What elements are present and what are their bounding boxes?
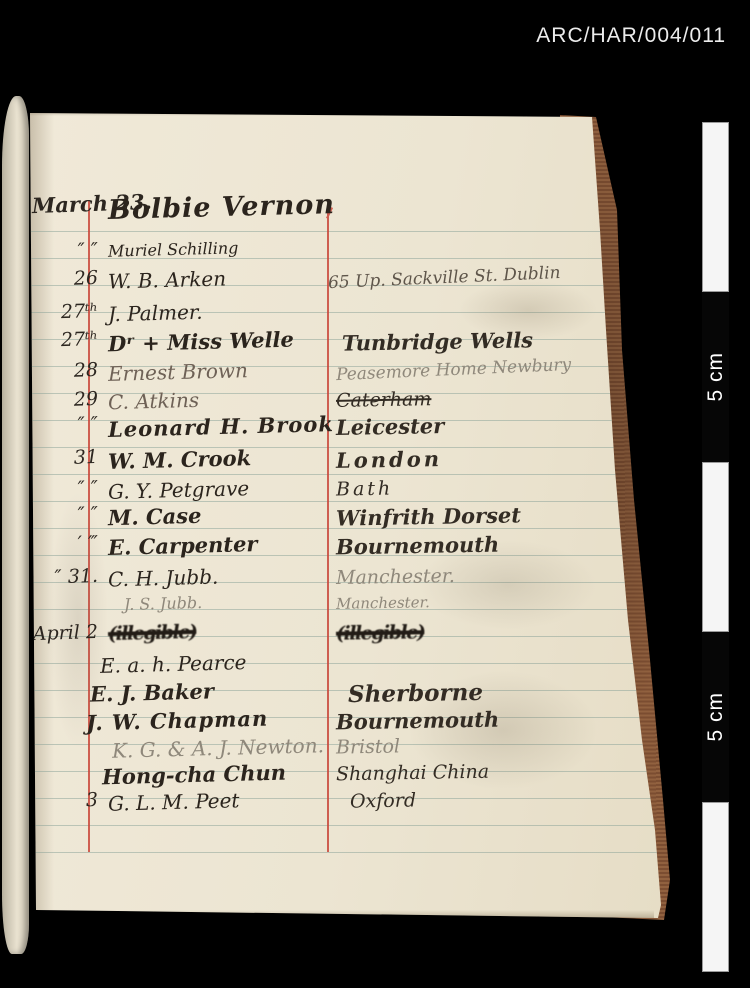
entry-address: Caterham xyxy=(336,388,432,412)
entry-address: Leicester xyxy=(336,413,445,440)
register-row: 27ᵗʰ Dʳ + Miss Welle Tunbridge Wells xyxy=(28,329,638,359)
ledger-page: March 23. Bolbie Vernon ″ ″ Muriel Schil… xyxy=(28,110,664,922)
entry-date xyxy=(32,679,98,681)
entry-name: W. M. Crook xyxy=(108,445,252,474)
previous-page-sliver xyxy=(2,96,29,954)
entry-date: 31 xyxy=(32,446,99,470)
entry-date: 26 xyxy=(32,267,99,291)
scale-segment-black: 5 cm xyxy=(702,632,729,802)
register-row: E. a. h. Pearce xyxy=(28,652,638,682)
entry-date xyxy=(32,651,98,653)
register-row: 3 G. L. M. Peet Oxford xyxy=(28,790,638,820)
entry-date xyxy=(32,735,98,737)
register-row: J. S. Jubb. Manchester. xyxy=(28,594,638,624)
entry-name: G. L. M. Peet xyxy=(108,788,240,815)
entry-date: ′ ‴ xyxy=(32,532,99,556)
entry-address: Manchester. xyxy=(336,593,430,613)
entry-address: London xyxy=(336,446,442,473)
register-row: 28 Ernest Brown Peasemore Home Newbury xyxy=(28,360,638,390)
entry-date: 29 xyxy=(32,388,99,412)
entry-name: J. S. Jubb. xyxy=(124,593,203,614)
entry-address: Manchester. xyxy=(336,565,455,589)
register-row: E. J. Baker Sherborne xyxy=(28,680,638,710)
entry-name: Muriel Schilling xyxy=(108,238,239,260)
entry-name: E. J. Baker xyxy=(90,678,215,706)
entry-date xyxy=(32,707,98,709)
entry-date xyxy=(32,593,98,595)
entry-address: 65 Up. Sackville St. Dublin xyxy=(328,263,561,293)
entry-address: Sherborne xyxy=(348,679,483,708)
entry-name: K. G. & A. J. Newton. xyxy=(112,733,324,763)
entry-date: ″ ″ xyxy=(32,477,99,501)
entry-address: Shanghai China xyxy=(336,761,489,786)
entry-date: 3 xyxy=(32,789,99,813)
entry-name: E. Carpenter xyxy=(108,531,258,560)
entry-date: ″ ″ xyxy=(32,413,99,437)
entry-date xyxy=(32,761,98,763)
entry-date: March 23. xyxy=(32,191,99,218)
entry-address: Tunbridge Wells xyxy=(342,327,533,355)
page-bottom-edge xyxy=(34,910,654,918)
archive-reference: ARC/HAR/004/011 xyxy=(536,24,726,48)
photo-background: ARC/HAR/004/011 March 23. Bolbie Vernon … xyxy=(0,0,750,988)
entry-name: Bolbie Vernon xyxy=(108,189,336,226)
entry-address: Bournemouth xyxy=(336,532,500,560)
scale-segment-white xyxy=(702,462,729,632)
entry-address: Winfrith Dorset xyxy=(336,502,521,530)
register-row: ″ 31. C. H. Jubb. Manchester. xyxy=(28,566,638,596)
entry-date: ″ ″ xyxy=(32,503,99,527)
entry-name: J. Palmer. xyxy=(108,300,203,326)
entry-name: C. H. Jubb. xyxy=(108,565,219,592)
entry-address: Bath xyxy=(336,478,394,501)
entry-name: E. a. h. Pearce xyxy=(100,650,247,678)
register-row: ″ ″ Leonard H. Brook Leicester xyxy=(28,414,638,444)
register-row: J. W. Chapman Bournemouth xyxy=(28,708,638,738)
register-row: 31 W. M. Crook London xyxy=(28,447,638,477)
scale-bar: 5 cm 5 cm xyxy=(702,122,729,972)
entry-address: Bournemouth xyxy=(336,707,500,735)
register-row: March 23. Bolbie Vernon xyxy=(28,192,638,222)
scale-label: 5 cm xyxy=(704,692,728,742)
scale-segment-black: 5 cm xyxy=(702,292,729,462)
entry-date: ″ 31. xyxy=(32,565,99,589)
register-row: 27ᵗʰ J. Palmer. xyxy=(28,301,638,331)
entry-date: 28 xyxy=(32,359,99,383)
register-row: ″ ″ M. Case Winfrith Dorset xyxy=(28,504,638,534)
entry-name: J. W. Chapman xyxy=(86,706,269,736)
entry-name: M. Case xyxy=(108,503,202,530)
entry-name: W. B. Arken xyxy=(108,266,227,293)
entry-name: Hong-cha Chun xyxy=(102,760,287,790)
entry-name: Leonard H. Brook xyxy=(108,411,334,442)
scale-segment-white xyxy=(702,802,729,972)
register-row: Hong-cha Chun Shanghai China xyxy=(28,762,638,792)
entry-name: (illegible) xyxy=(108,621,197,645)
entry-date: ″ ″ xyxy=(32,239,99,263)
entry-name: C. Atkins xyxy=(108,388,200,414)
entry-date: 27ᵗʰ xyxy=(32,300,99,324)
register-row: 26 W. B. Arken 65 Up. Sackville St. Dubl… xyxy=(28,268,638,298)
entry-date: 27ᵗʰ xyxy=(32,328,99,352)
register-row: April 2 (illegible) (illegible) xyxy=(28,622,638,652)
entry-date: April 2 xyxy=(32,621,99,645)
entry-address: Peasemore Home Newbury xyxy=(336,355,572,385)
entry-name: Dʳ + Miss Welle xyxy=(108,327,294,357)
scale-label: 5 cm xyxy=(704,352,728,402)
page-top-edge xyxy=(28,110,604,116)
register-row: ′ ‴ E. Carpenter Bournemouth xyxy=(28,533,638,563)
entry-address: Bristol xyxy=(336,735,400,758)
scale-segment-white xyxy=(702,122,729,292)
entry-address: (illegible) xyxy=(336,621,425,645)
entry-name: Ernest Brown xyxy=(108,358,248,386)
entry-name: G. Y. Petgrave xyxy=(108,476,250,504)
entry-address: Oxford xyxy=(350,789,416,812)
